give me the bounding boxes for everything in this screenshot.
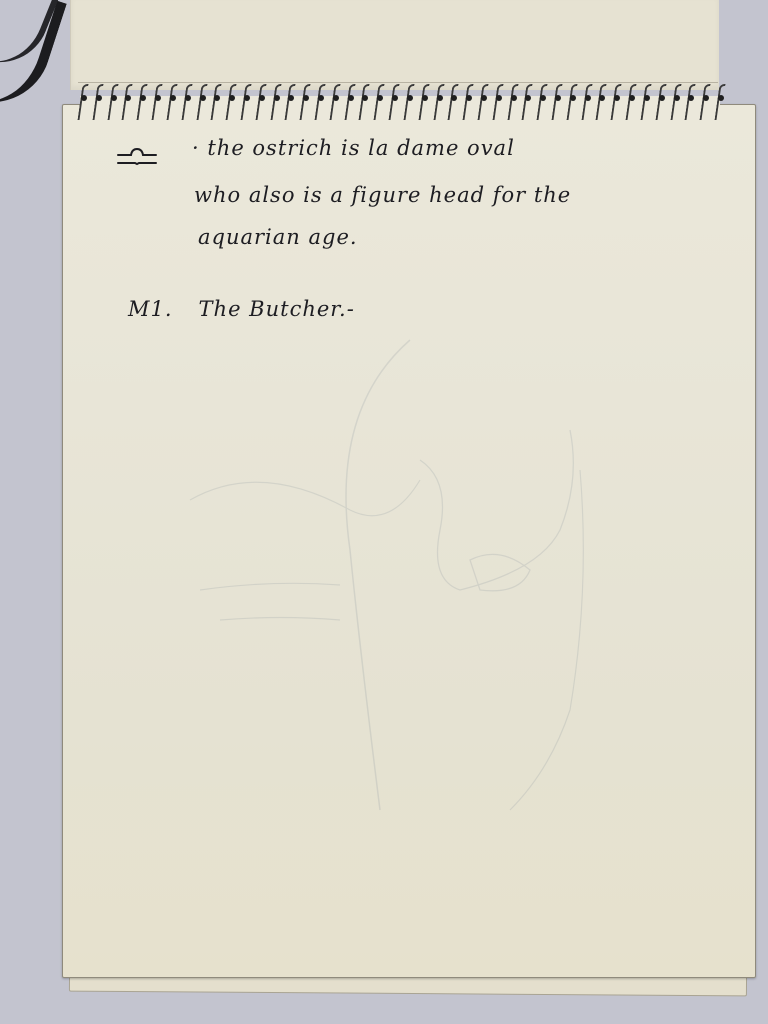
notebook-page xyxy=(62,104,756,978)
spiral-coil xyxy=(656,78,665,122)
spiral-coil xyxy=(256,78,265,122)
spiral-coil xyxy=(78,78,87,122)
spiral-binding xyxy=(78,78,724,126)
spiral-coil xyxy=(404,78,413,122)
spiral-coil xyxy=(241,78,250,122)
spiral-coil xyxy=(285,78,294,122)
spiral-coil xyxy=(493,78,502,122)
spiral-coil xyxy=(122,78,131,122)
spiral-coil xyxy=(271,78,280,122)
spiral-coil xyxy=(300,78,309,122)
entry-2-label: M1. xyxy=(128,297,173,321)
notebook-back-cover xyxy=(70,0,719,90)
spiral-coil xyxy=(537,78,546,122)
spiral-coil xyxy=(152,78,161,122)
spiral-coil xyxy=(315,78,324,122)
spiral-coil xyxy=(389,78,398,122)
spiral-coil xyxy=(522,78,531,122)
spiral-coil xyxy=(226,78,235,122)
spiral-coil xyxy=(611,78,620,122)
note-line-3: aquarian age. xyxy=(198,225,358,249)
spiral-coil xyxy=(626,78,635,122)
spiral-coil xyxy=(582,78,591,122)
spiral-coil xyxy=(167,78,176,122)
note-line-1: · the ostrich is la dame oval xyxy=(192,136,515,160)
spiral-coil xyxy=(197,78,206,122)
spiral-coil xyxy=(137,78,146,122)
spiral-coil xyxy=(463,78,472,122)
spiral-coil xyxy=(448,78,457,122)
spiral-coil xyxy=(108,78,117,122)
spiral-coil xyxy=(478,78,487,122)
spiral-coil xyxy=(508,78,517,122)
entry-2-text: The Butcher.- xyxy=(199,297,355,321)
spiral-coil xyxy=(211,78,220,122)
spiral-coil xyxy=(685,78,694,122)
spiral-coil xyxy=(419,78,428,122)
spiral-coil xyxy=(641,78,650,122)
spiral-coil xyxy=(182,78,191,122)
spiral-coil xyxy=(715,78,724,122)
spiral-coil xyxy=(345,78,354,122)
libra-symbol-icon xyxy=(117,148,157,170)
note-entry-2: M1.The Butcher.- xyxy=(128,297,355,321)
spiral-coil xyxy=(434,78,443,122)
spiral-coil xyxy=(359,78,368,122)
spiral-coil xyxy=(596,78,605,122)
note-line-2: who also is a figure head for the xyxy=(194,183,571,207)
spiral-coil xyxy=(567,78,576,122)
spiral-coil xyxy=(374,78,383,122)
spiral-coil xyxy=(671,78,680,122)
spiral-coil xyxy=(552,78,561,122)
spiral-coil xyxy=(330,78,339,122)
spiral-coil xyxy=(93,78,102,122)
spiral-coil xyxy=(700,78,709,122)
